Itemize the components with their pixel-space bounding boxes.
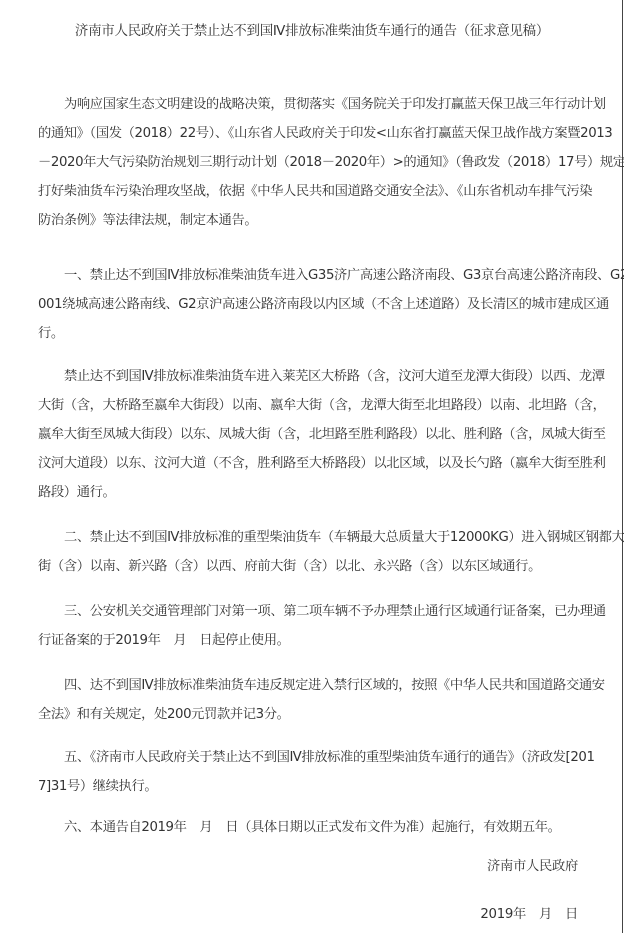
text-line: 五、《济南市人民政府关于禁止达不到国Ⅳ排放标准的重型柴油货车通行的通告》（济政发… [38,743,578,772]
paragraph-item-1-laiwu: 禁止达不到国Ⅳ排放标准柴油货车进入莱芜区大桥路（含，汶河大道至龙潭大街段）以西、… [38,362,578,507]
text-line: 001绕城高速公路南线、G2京沪高速公路济南段以内区域（不含上述道路）及长清区的… [38,290,578,319]
document-title: 济南市人民政府关于禁止达不到国Ⅳ排放标准柴油货车通行的通告（征求意见稿） [0,19,624,39]
text-line: 防治条例》等法律法规，制定本通告。 [38,206,578,235]
paragraph-item-6: 六、本通告自2019年 月 日（具体日期以正式发布文件为准）起施行，有效期五年。 [38,813,578,842]
paragraph-item-2: 二、禁止达不到国Ⅳ排放标准的重型柴油货车（车辆最大总质量大于12000KG）进入… [38,523,578,581]
text-line: 打好柴油货车污染治理攻坚战，依据《中华人民共和国道路交通安全法》、《山东省机动车… [38,177,578,206]
text-line: 汶河大道段）以东、汶河大道（不含，胜利路至大桥路段）以北区域，以及长勺路（嬴牟大… [38,449,578,478]
paragraph-item-4: 四、达不到国Ⅳ排放标准柴油货车违反规定进入禁行区域的，按照《中华人民共和国道路交… [38,671,578,729]
signature-issuer: 济南市人民政府 [487,855,578,874]
text-line: 三、公安机关交通管理部门对第一项、第二项车辆不予办理禁止通行区域通行证备案，已办… [38,597,578,626]
text-line: 的通知》（国发（2018）22号）、《山东省人民政府关于印发<山东省打赢蓝天保卫… [38,119,578,148]
text-line: 大街（含，大桥路至嬴牟大街段）以南、嬴牟大街（含，龙潭大街至北坦路段）以南、北坦… [38,391,578,420]
paragraph-item-5: 五、《济南市人民政府关于禁止达不到国Ⅳ排放标准的重型柴油货车通行的通告》（济政发… [38,743,578,801]
text-line: 行。 [38,319,578,348]
paragraph-preamble: 为响应国家生态文明建设的战略决策，贯彻落实《国务院关于印发打赢蓝天保卫战三年行动… [38,90,578,235]
text-line: 禁止达不到国Ⅳ排放标准柴油货车进入莱芜区大桥路（含，汶河大道至龙潭大街段）以西、… [38,362,578,391]
text-line: 嬴牟大街至凤城大街段）以东、凤城大街（含，北坦路至胜利路段）以北、胜利路（含，凤… [38,420,578,449]
text-line: 路段）通行。 [38,478,578,507]
text-line: 行证备案的于2019年 月 日起停止使用。 [38,626,578,655]
text-line: 四、达不到国Ⅳ排放标准柴油货车违反规定进入禁行区域的，按照《中华人民共和国道路交… [38,671,578,700]
paragraph-item-3: 三、公安机关交通管理部门对第一项、第二项车辆不予办理禁止通行区域通行证备案，已办… [38,597,578,655]
signature-date: 2019年 月 日 [480,903,578,922]
text-line: 二、禁止达不到国Ⅳ排放标准的重型柴油货车（车辆最大总质量大于12000KG）进入… [38,523,578,552]
text-line: 一、禁止达不到国Ⅳ排放标准柴油货车进入G35济广高速公路济南段、G3京台高速公路… [38,261,578,290]
text-line: 六、本通告自2019年 月 日（具体日期以正式发布文件为准）起施行，有效期五年。 [38,813,578,842]
paragraph-item-1: 一、禁止达不到国Ⅳ排放标准柴油货车进入G35济广高速公路济南段、G3京台高速公路… [38,261,578,348]
text-line: 全法》和有关规定，处200元罚款并记3分。 [38,700,578,729]
text-line: 街（含）以南、新兴路（含）以西、府前大街（含）以北、永兴路（含）以东区域通行。 [38,552,578,581]
text-line: 7]31号）继续执行。 [38,772,578,801]
page-edge-divider [622,0,623,933]
text-line: 为响应国家生态文明建设的战略决策，贯彻落实《国务院关于印发打赢蓝天保卫战三年行动… [38,90,578,119]
text-line: －2020年大气污染防治规划三期行动计划（2018－2020年）>的通知》（鲁政… [38,148,578,177]
